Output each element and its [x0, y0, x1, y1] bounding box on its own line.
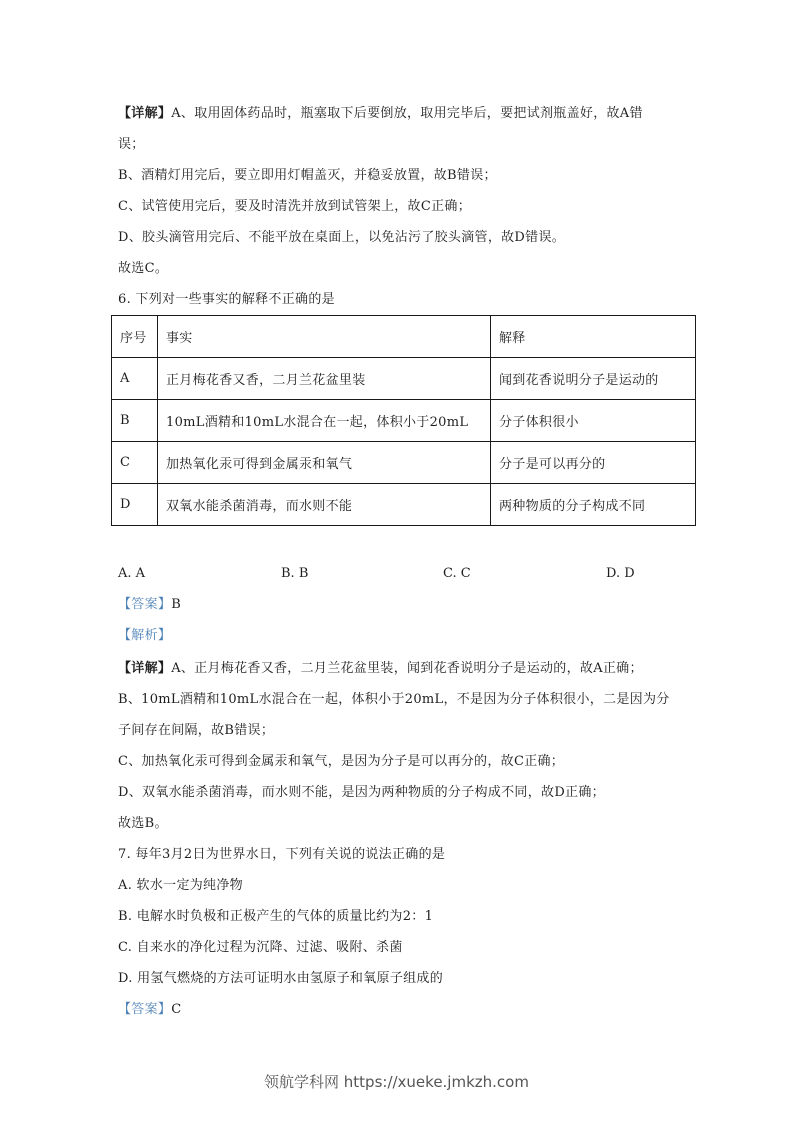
analysis-label: 【解析】	[118, 628, 171, 643]
q6-detail-line-5: D、双氧水能杀菌消毒，而水则不能，是因为两种物质的分子构成不同，故D正确；	[118, 785, 605, 801]
detail-label: 【详解】	[118, 106, 171, 121]
q6-detail-line-3: 子间存在间隔，故B错误；	[118, 723, 274, 739]
q6-conclusion: 故选B。	[118, 816, 168, 832]
row-explanation: 分子体积很小	[491, 400, 696, 442]
question-6-stem: 6. 下列对一些事实的解释不正确的是	[118, 292, 335, 308]
q6-detail-line-1: 【详解】A、正月梅花香又香，二月兰花盆里装，闻到花香说明分子是运动的，故A正确；	[118, 661, 643, 677]
answer-value: B	[171, 597, 181, 612]
row-explanation: 闻到花香说明分子是运动的	[491, 358, 696, 400]
row-label: B	[112, 400, 158, 442]
table-row: B 10mL酒精和10mL水混合在一起，体积小于20mL 分子体积很小	[112, 400, 696, 442]
q6-detail-line-4: C、加热氧化汞可得到金属汞和氧气，是因为分子是可以再分的，故C正确；	[118, 754, 564, 770]
q7-option-b: B. 电解水时负极和正极产生的气体的质量比约为2：1	[118, 909, 433, 925]
row-explanation: 分子是可以再分的	[491, 442, 696, 484]
row-fact: 正月梅花香又香，二月兰花盆里装	[158, 358, 491, 400]
row-fact: 加热氧化汞可得到金属汞和氧气	[158, 442, 491, 484]
q7-option-d: D. 用氢气燃烧的方法可证明水由氢原子和氧原子组成的	[118, 971, 443, 987]
q6-detail-line-2: B、10mL酒精和10mL水混合在一起，体积小于20mL，不是因为分子体积很小，…	[118, 692, 670, 708]
q6-answer: 【答案】B	[118, 597, 181, 613]
table-row: A 正月梅花香又香，二月兰花盆里装 闻到花香说明分子是运动的	[112, 358, 696, 400]
question-7-stem: 7. 每年3月2日为世界水日，下列有关说的说法正确的是	[118, 847, 445, 863]
prev-detail-line-5: D、胶头滴管用完后、不能平放在桌面上，以免沾污了胶头滴管，故D错误。	[118, 230, 565, 246]
table-row: D 双氧水能杀菌消毒，而水则不能 两种物质的分子构成不同	[112, 484, 696, 526]
header-cell-fact: 事实	[158, 316, 491, 358]
q7-option-a: A. 软水一定为纯净物	[118, 878, 243, 894]
row-label: A	[112, 358, 158, 400]
q6-option-b: B. B	[281, 566, 308, 581]
detail-label: 【详解】	[118, 661, 171, 676]
q6-option-a: A. A	[118, 566, 145, 581]
q6-detail-text: A、正月梅花香又香，二月兰花盆里装，闻到花香说明分子是运动的，故A正确；	[171, 661, 643, 676]
q6-analysis: 【解析】	[118, 628, 171, 644]
q7-answer: 【答案】C	[118, 1002, 181, 1018]
footer-watermark: 领航学科网 https://xueke.jmkzh.com	[0, 1071, 793, 1092]
row-explanation: 两种物质的分子构成不同	[491, 484, 696, 526]
q6-option-d: D. D	[606, 566, 635, 581]
table-row: C 加热氧化汞可得到金属汞和氧气 分子是可以再分的	[112, 442, 696, 484]
answer-label: 【答案】	[118, 597, 171, 612]
table-header-row: 序号 事实 解释	[112, 316, 696, 358]
row-fact: 10mL酒精和10mL水混合在一起，体积小于20mL	[158, 400, 491, 442]
q7-option-c: C. 自来水的净化过程为沉降、过滤、吸附、杀菌	[118, 940, 403, 956]
prev-detail-text: A、取用固体药品时，瓶塞取下后要倒放，取用完毕后，要把试剂瓶盖好，故A错	[171, 106, 643, 121]
prev-detail-line-2: 误；	[118, 137, 145, 153]
answer-label: 【答案】	[118, 1002, 171, 1017]
prev-detail-line-4: C、试管使用完后，要及时清洗并放到试管架上，故C正确；	[118, 199, 471, 215]
header-cell-number: 序号	[112, 316, 158, 358]
answer-value: C	[171, 1002, 181, 1017]
q6-option-c: C. C	[443, 566, 471, 581]
prev-conclusion: 故选C。	[118, 261, 168, 277]
row-label: C	[112, 442, 158, 484]
row-label: D	[112, 484, 158, 526]
prev-detail-line-1: 【详解】A、取用固体药品时，瓶塞取下后要倒放，取用完毕后，要把试剂瓶盖好，故A错	[118, 106, 643, 122]
row-fact: 双氧水能杀菌消毒，而水则不能	[158, 484, 491, 526]
header-cell-explanation: 解释	[491, 316, 696, 358]
prev-detail-line-3: B、酒精灯用完后，要立即用灯帽盖灭，并稳妥放置，故B错误；	[118, 168, 497, 184]
facts-table: 序号 事实 解释 A 正月梅花香又香，二月兰花盆里装 闻到花香说明分子是运动的 …	[111, 315, 696, 526]
